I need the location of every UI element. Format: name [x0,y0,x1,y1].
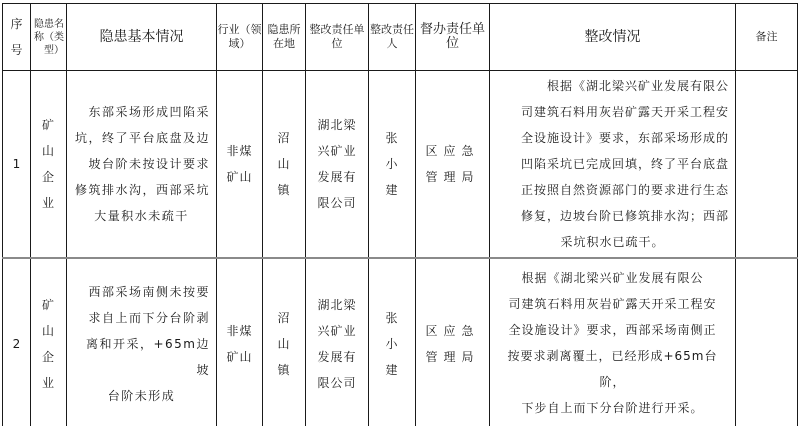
cell-supervise-unit: 区应急管理局 [416,258,490,426]
cell-basic-info: 东部采场形成凹陷采坑，终了平台底盘及边坡台阶未按设计要求修筑排水沟，西部采坑大量… [67,71,217,259]
cell-rectify-unit: 湖北梁兴矿业发展有限公司 [306,258,369,426]
cell-industry: 非煤矿山 [217,258,263,426]
header-rectify-status: 整改情况 [490,4,736,71]
cell-rectify-status: 根据《湖北梁兴矿业发展有限公司建筑石料用灰岩矿露天开采工程安全设施设计》要求，东… [490,71,736,259]
header-seq: 序号 [3,4,31,71]
cell-rectify-status: 根据《湖北梁兴矿业发展有限公司建筑石料用灰岩矿露天开采工程安全设施设计》要求，西… [490,258,736,426]
cell-location: 沼山镇 [263,71,306,259]
header-name-type: 隐患名称（类型） [31,4,67,71]
cell-supervise-unit: 区应急管理局 [416,71,490,259]
header-rectify-person: 整改责任人 [369,4,416,71]
header-remarks: 备注 [736,4,798,71]
spellcheck-underlined-line: 根据《湖北梁兴矿业发展有限公 [496,265,729,291]
cell-seq: 1 [3,71,31,259]
header-industry: 行业（领域） [217,4,263,71]
header-basic-info: 隐患基本情况 [67,4,217,71]
cell-industry: 非煤矿山 [217,71,263,259]
cell-name-type: 矿山企业 [31,71,67,259]
cell-basic-info: 西部采场南侧未按要求自上而下分台阶剥离和开采，+65m边坡台阶未形成 [67,258,217,426]
cell-rectify-person: 张小建 [369,71,416,259]
cell-seq: 2 [3,258,31,426]
cell-name-type: 矿山企业 [31,258,67,426]
cell-rectify-person: 张小建 [369,258,416,426]
cell-remarks [736,71,798,259]
header-rectify-unit: 整改责任单位 [306,4,369,71]
header-row: 序号 隐患名称（类型） 隐患基本情况 行业（领域） 隐患所在地 整改责任单位 整… [3,4,798,71]
cell-rectify-unit: 湖北梁兴矿业发展有限公司 [306,71,369,259]
cell-location: 沼山镇 [263,258,306,426]
header-supervise-unit: 督办责任单位 [416,4,490,71]
header-location: 隐患所在地 [263,4,306,71]
hazard-rectification-table: 序号 隐患名称（类型） 隐患基本情况 行业（领域） 隐患所在地 整改责任单位 整… [2,3,798,426]
cell-remarks [736,258,798,426]
table-row: 1 矿山企业 东部采场形成凹陷采坑，终了平台底盘及边坡台阶未按设计要求修筑排水沟… [3,71,798,259]
table-row: 2 矿山企业 西部采场南侧未按要求自上而下分台阶剥离和开采，+65m边坡台阶未形… [3,258,798,426]
